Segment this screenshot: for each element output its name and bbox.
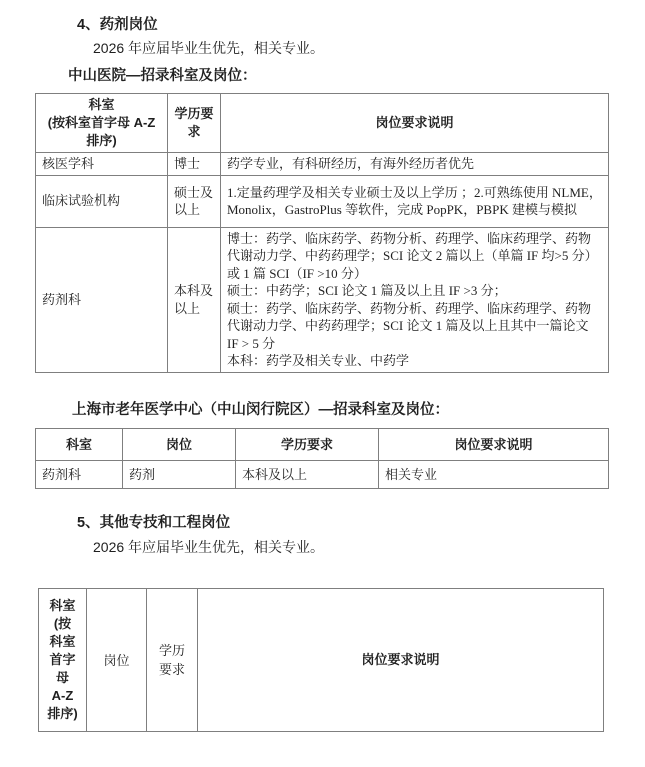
- cell-dept: 核医学科: [36, 153, 168, 176]
- table-row: 药剂科 本科及 以上 博士：药学、临床药学、药物分析、药理学、临床药理学、药物代…: [36, 227, 609, 372]
- cell-degree: 博士: [168, 153, 221, 176]
- zhongshan-header-row: 科室 (按科室首字母 A-Z 排序) 学历要 求 岗位要求说明: [36, 94, 609, 153]
- cell-requirement: 药学专业，有科研经历，有海外经历者优先: [221, 153, 609, 176]
- cell-degree: 本科及以上: [236, 461, 379, 489]
- geriatric-table: 科室 岗位 学历要求 岗位要求说明 药剂科 药剂 本科及以上 相关专业: [35, 428, 609, 489]
- table-row: 核医学科 博士 药学专业，有科研经历，有海外经历者优先: [36, 153, 609, 176]
- section-5-title: 5、其他专技和工程岗位: [77, 511, 230, 532]
- cell-requirement: 相关专业: [379, 461, 609, 489]
- col-header-requirement: 岗位要求说明: [379, 429, 609, 461]
- col-header-post: 岗位: [123, 429, 236, 461]
- section-4-note: 2026 年应届毕业生优先，相关专业。: [93, 38, 324, 58]
- cell-degree: 本科及 以上: [168, 227, 221, 372]
- cell-dept: 药剂科: [36, 227, 168, 372]
- other-table: 科室 (按 科室 首字 母 A-Z 排序) 岗位 学历 要求 岗位要求说明: [38, 588, 604, 732]
- section-5-note: 2026 年应届毕业生优先，相关专业。: [93, 537, 324, 557]
- geriatric-header-row: 科室 岗位 学历要求 岗位要求说明: [36, 429, 609, 461]
- other-header-row: 科室 (按 科室 首字 母 A-Z 排序) 岗位 学历 要求 岗位要求说明: [39, 589, 604, 732]
- table-row: 药剂科 药剂 本科及以上 相关专业: [36, 461, 609, 489]
- cell-requirement: 1.定量药理学及相关专业硕士及以上学历 ；2.可熟练使用 NLME，Monoli…: [221, 175, 609, 227]
- table-row: 临床试验机构 硕士及 以上 1.定量药理学及相关专业硕士及以上学历 ；2.可熟练…: [36, 175, 609, 227]
- col-header-dept: 科室: [36, 429, 123, 461]
- col-header-requirement: 岗位要求说明: [221, 94, 609, 153]
- cell-dept: 临床试验机构: [36, 175, 168, 227]
- cell-requirement: 博士：药学、临床药学、药物分析、药理学、临床药理学、药物代谢动力学、中药药理学；…: [221, 227, 609, 372]
- col-header-degree: 学历要 求: [168, 94, 221, 153]
- col-header-degree: 学历 要求: [147, 589, 198, 732]
- cell-post: 药剂: [123, 461, 236, 489]
- document-page: { "colors": { "text": "#1f1f1f", "border…: [0, 0, 645, 767]
- col-header-dept: 科室 (按 科室 首字 母 A-Z 排序): [39, 589, 87, 732]
- cell-degree: 硕士及 以上: [168, 175, 221, 227]
- col-header-dept: 科室 (按科室首字母 A-Z 排序): [36, 94, 168, 153]
- cell-dept: 药剂科: [36, 461, 123, 489]
- section-4-title: 4、药剂岗位: [77, 13, 158, 34]
- col-header-degree: 学历要求: [236, 429, 379, 461]
- geriatric-table-caption: 上海市老年医学中心（中山闵行院区）—招录科室及岗位：: [72, 398, 449, 419]
- zhongshan-table: 科室 (按科室首字母 A-Z 排序) 学历要 求 岗位要求说明 核医学科 博士 …: [35, 93, 609, 373]
- zhongshan-table-caption: 中山医院—招录科室及岗位：: [68, 64, 257, 85]
- col-header-post: 岗位: [87, 589, 147, 732]
- col-header-requirement: 岗位要求说明: [198, 589, 604, 732]
